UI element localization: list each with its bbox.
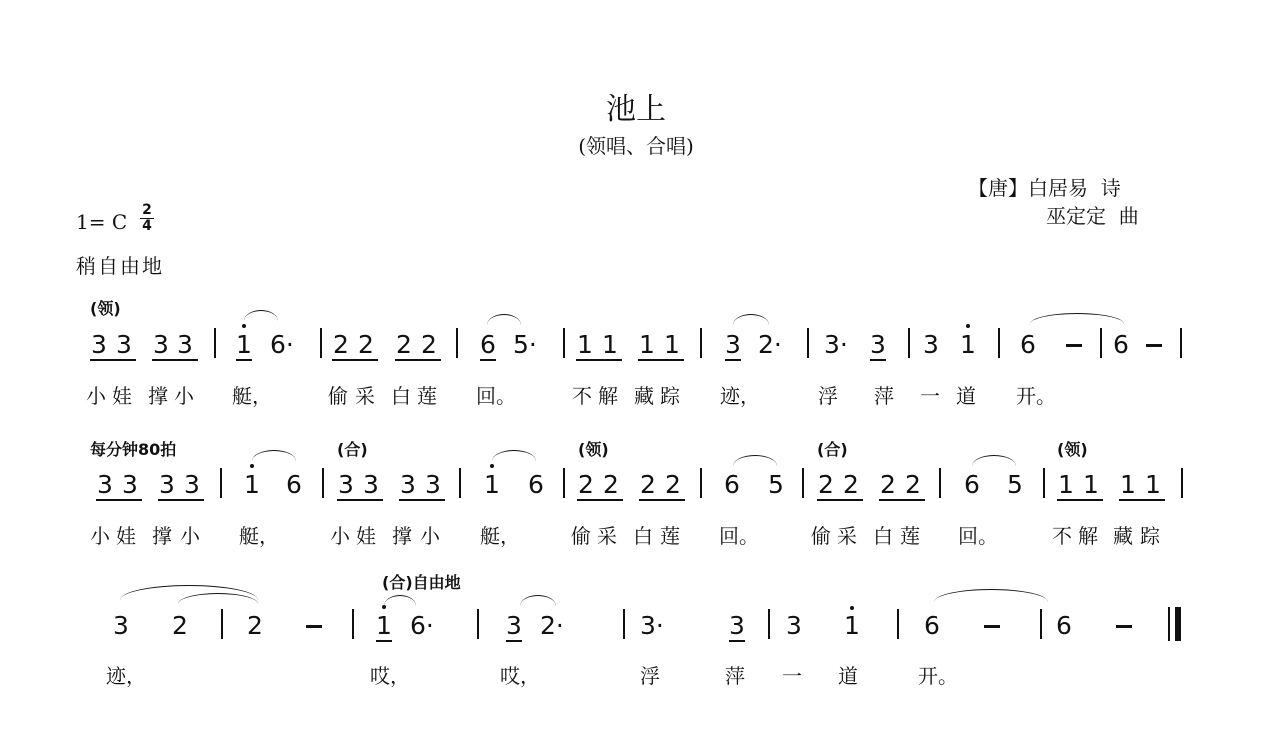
beam-underline [729, 640, 745, 642]
barline [563, 328, 565, 358]
octave-dot-high [966, 324, 970, 328]
barline [214, 328, 216, 358]
beam-underline [158, 499, 204, 501]
lyric: 藏 [1113, 520, 1133, 549]
note: 1 [575, 330, 595, 360]
note: 2 [170, 611, 190, 641]
slur [384, 595, 416, 606]
tempo-marking: 稍自由地 [76, 250, 164, 279]
barline [320, 328, 322, 358]
note: 1 [374, 611, 394, 641]
time-signature-denominator: 4 [140, 219, 154, 234]
note: 6 [1111, 330, 1131, 360]
note: 3· [640, 611, 660, 641]
barline [1100, 328, 1102, 358]
note: 1 [637, 330, 657, 360]
beam-underline [236, 359, 252, 361]
lyric: 道 [956, 380, 976, 409]
lyric: 撑 [152, 520, 172, 549]
sustain-dash [984, 625, 1000, 628]
lyric: 迹， [720, 380, 760, 409]
lyric: 不 [572, 380, 592, 409]
lyric: 回。 [958, 520, 998, 549]
note: 3 [921, 330, 941, 360]
tie [1030, 313, 1124, 324]
barline [1180, 328, 1182, 358]
note: 6 [1054, 611, 1074, 641]
barline [768, 609, 770, 639]
lyric: 偷 [811, 520, 831, 549]
note: 3 [504, 611, 524, 641]
lyric: 艇， [232, 380, 272, 409]
note: 5· [513, 330, 533, 360]
note: 2 [878, 470, 898, 500]
lyric: 回。 [719, 520, 759, 549]
note: 5 [1005, 470, 1025, 500]
slur [487, 314, 521, 325]
tie [934, 589, 1048, 602]
note: 2 [816, 470, 836, 500]
lyric: 娃 [116, 520, 136, 549]
note: 3 [95, 470, 115, 500]
octave-dot-high [242, 324, 246, 328]
composer-credit: 巫定定 曲 [1046, 200, 1139, 229]
note: 3 [784, 611, 804, 641]
note: 1 [600, 330, 620, 360]
note: 3 [727, 611, 747, 641]
note: 3 [175, 330, 195, 360]
sustain-dash [306, 625, 322, 628]
note: 2 [419, 330, 439, 360]
beam-underline [96, 499, 142, 501]
lyric: 踪 [660, 380, 680, 409]
beam-underline [376, 640, 392, 642]
beam-underline [639, 499, 685, 501]
note: 3 [157, 470, 177, 500]
note: 3· [824, 330, 844, 360]
lyric: 小 [330, 520, 350, 549]
note: 1 [234, 330, 254, 360]
slur [733, 455, 777, 466]
note: 2 [245, 611, 265, 641]
section-mark-lead: (领) [1057, 437, 1088, 460]
note: 1 [1118, 470, 1138, 500]
lyric: 开。 [918, 660, 958, 689]
note: 1 [1143, 470, 1163, 500]
lyric: 哎， [370, 660, 410, 689]
note: 2 [356, 330, 376, 360]
lyric: 小 [420, 520, 440, 549]
slur [244, 310, 278, 321]
barline [802, 468, 804, 498]
section-mark-chorus-free: (合)自由地 [382, 570, 461, 593]
beam-underline [879, 499, 925, 501]
beam-underline [638, 359, 684, 361]
note: 3 [111, 611, 131, 641]
lyric: 回。 [476, 380, 516, 409]
barline [221, 609, 223, 639]
barline [700, 328, 702, 358]
beam-underline [1057, 499, 1103, 501]
note: 6 [526, 470, 546, 500]
note: 1 [842, 611, 862, 641]
lyric: 浮 [640, 660, 660, 689]
note: 1 [958, 330, 978, 360]
note: 2 [576, 470, 596, 500]
lyric: 萍 [725, 660, 745, 689]
note: 3 [120, 470, 140, 500]
note: 2 [663, 470, 683, 500]
key-signature: 1= C [76, 210, 127, 234]
note: 2 [903, 470, 923, 500]
poet-credit: 【唐】白居易 诗 [968, 172, 1121, 201]
barline [456, 328, 458, 358]
note: 6 [284, 470, 304, 500]
barline [477, 609, 479, 639]
octave-dot-high [490, 464, 494, 468]
octave-dot-high [850, 606, 854, 610]
lyric: 偷 [328, 380, 348, 409]
note: 1 [1081, 470, 1101, 500]
note: 2· [758, 330, 778, 360]
octave-dot-high [382, 605, 386, 609]
beam-underline [152, 359, 198, 361]
note: 3 [361, 470, 381, 500]
barline [563, 468, 565, 498]
beam-underline [395, 359, 441, 361]
sustain-dash [1146, 344, 1162, 347]
barline [459, 468, 461, 498]
barline [700, 468, 702, 498]
lyric: 莲 [660, 520, 680, 549]
lyric: 不 [1052, 520, 1072, 549]
barline [220, 468, 222, 498]
section-mark-chorus: (合) [337, 437, 368, 460]
lyric: 小 [180, 520, 200, 549]
beam-underline [337, 499, 383, 501]
lyric: 哎， [500, 660, 540, 689]
section-mark-lead: (领) [90, 296, 121, 319]
beam-underline [1119, 499, 1165, 501]
lyric: 偷 [571, 520, 591, 549]
note: 1 [482, 470, 502, 500]
note: 3 [89, 330, 109, 360]
lyric: 莲 [900, 520, 920, 549]
slur [492, 450, 536, 461]
lyric: 浮 [818, 380, 838, 409]
final-barline-thin [1168, 607, 1170, 641]
final-barline-thick [1175, 607, 1181, 641]
lyric: 娃 [356, 520, 376, 549]
beam-underline [725, 359, 741, 361]
beam-underline [506, 640, 522, 642]
note: 3 [398, 470, 418, 500]
section-mark-lead: (领) [578, 437, 609, 460]
lyric: 开。 [1016, 380, 1056, 409]
note: 1 [662, 330, 682, 360]
lyric: 白 [391, 380, 411, 409]
lyric: 采 [837, 520, 857, 549]
section-mark-chorus: (合) [817, 437, 848, 460]
note: 3 [423, 470, 443, 500]
lyric: 小 [174, 380, 194, 409]
lyric: 解 [598, 380, 618, 409]
slur [520, 595, 556, 606]
lyric: 道 [838, 660, 858, 689]
lyric: 撑 [392, 520, 412, 549]
note: 2 [601, 470, 621, 500]
lyric: 莲 [417, 380, 437, 409]
note: 1 [1056, 470, 1076, 500]
note: 6 [478, 330, 498, 360]
note: 2 [841, 470, 861, 500]
note: 2 [394, 330, 414, 360]
beam-underline [90, 359, 136, 361]
lyric: 艇， [239, 520, 279, 549]
note: 3 [151, 330, 171, 360]
note: 6 [722, 470, 742, 500]
beam-underline [577, 499, 623, 501]
barline [1040, 609, 1042, 639]
barline [1181, 468, 1183, 498]
lyric: 娃 [112, 380, 132, 409]
song-subtitle: (领唱、合唱) [0, 130, 1272, 159]
lyric: 小 [86, 380, 106, 409]
lyric: 小 [90, 520, 110, 549]
lyric: 迹， [106, 660, 146, 689]
song-title: 池上 [0, 84, 1272, 128]
barline [352, 609, 354, 639]
lyric: 一 [782, 660, 802, 689]
beam-underline [399, 499, 445, 501]
lyric: 采 [597, 520, 617, 549]
lyric: 撑 [148, 380, 168, 409]
time-signature: 2 4 [140, 203, 154, 234]
note: 6· [410, 611, 430, 641]
lyric: 白 [633, 520, 653, 549]
note: 3 [723, 330, 743, 360]
barline [623, 609, 625, 639]
note: 6 [1018, 330, 1038, 360]
note: 3 [868, 330, 888, 360]
time-signature-numerator: 2 [140, 203, 154, 219]
note: 6· [270, 330, 290, 360]
lyric: 艇， [480, 520, 520, 549]
barline [939, 468, 941, 498]
sustain-dash [1066, 344, 1082, 347]
note: 2 [638, 470, 658, 500]
barline [998, 328, 1000, 358]
barline [322, 468, 324, 498]
note: 3 [336, 470, 356, 500]
note: 5 [766, 470, 786, 500]
barline [1043, 468, 1045, 498]
beam-underline [332, 359, 378, 361]
octave-dot-high [250, 464, 254, 468]
slur [733, 314, 769, 325]
slur [972, 455, 1016, 466]
slur [252, 450, 296, 461]
barline [908, 328, 910, 358]
sustain-dash [1116, 625, 1132, 628]
note: 6 [962, 470, 982, 500]
lyric: 一 [920, 380, 940, 409]
note: 6 [922, 611, 942, 641]
barline [897, 609, 899, 639]
tempo-bpm-mark: 每分钟80拍 [90, 437, 176, 460]
beam-underline [576, 359, 622, 361]
beam-underline [480, 359, 496, 361]
note: 3 [182, 470, 202, 500]
note: 1 [242, 470, 262, 500]
note: 2· [540, 611, 560, 641]
lyric: 解 [1078, 520, 1098, 549]
note: 2 [331, 330, 351, 360]
beam-underline [870, 359, 886, 361]
lyric: 采 [355, 380, 375, 409]
lyric: 萍 [874, 380, 894, 409]
barline [807, 328, 809, 358]
note: 3 [114, 330, 134, 360]
lyric: 藏 [634, 380, 654, 409]
lyric: 白 [873, 520, 893, 549]
lyric: 踪 [1140, 520, 1160, 549]
beam-underline [817, 499, 863, 501]
